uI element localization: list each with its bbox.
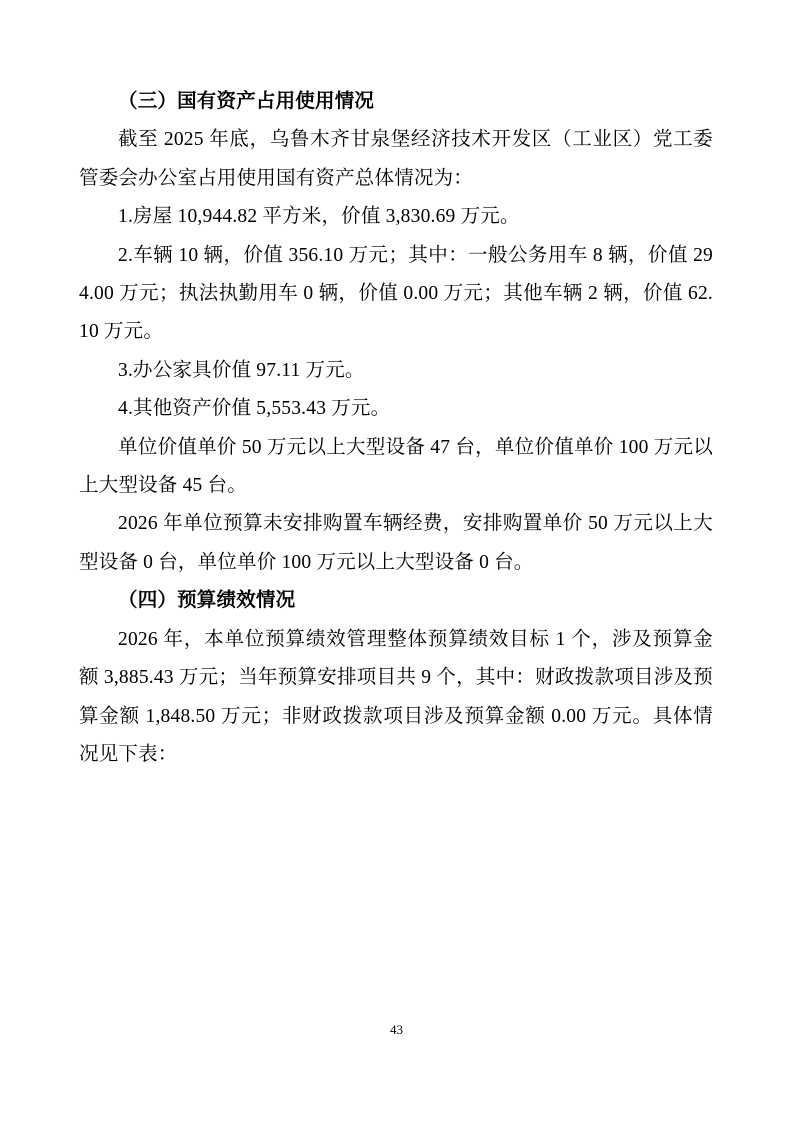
paragraph-item-2-vehicles: 2.车辆 10 辆，价值 356.10 万元；其中：一般公务用车 8 辆，价值 … <box>79 237 713 352</box>
paragraph-large-equipment: 单位价值单价 50 万元以上大型设备 47 台，单位价值单价 100 万元以上大… <box>79 429 713 506</box>
section-heading-budget-performance: （四）预算绩效情况 <box>79 582 713 620</box>
paragraph-2026-procurement-plan: 2026 年单位预算未安排购置车辆经费，安排购置单价 50 万元以上大型设备 0… <box>79 505 713 582</box>
document-body: （三）国有资产占用使用情况 截至 2025 年底，乌鲁木齐甘泉堡经济技术开发区（… <box>79 83 713 774</box>
paragraph-assets-overview: 截至 2025 年底，乌鲁木齐甘泉堡经济技术开发区（工业区）党工委管委会办公室占… <box>79 121 713 198</box>
paragraph-item-1-housing: 1.房屋 10,944.82 平方米，价值 3,830.69 万元。 <box>79 198 713 236</box>
page-number: 43 <box>0 1022 793 1038</box>
document-page: （三）国有资产占用使用情况 截至 2025 年底，乌鲁木齐甘泉堡经济技术开发区（… <box>0 0 793 1122</box>
paragraph-item-4-other-assets: 4.其他资产价值 5,553.43 万元。 <box>79 390 713 428</box>
paragraph-budget-performance-overview: 2026 年，本单位预算绩效管理整体预算绩效目标 1 个，涉及预算金额 3,88… <box>79 621 713 775</box>
paragraph-item-3-office-furniture: 3.办公家具价值 97.11 万元。 <box>79 352 713 390</box>
section-heading-state-assets: （三）国有资产占用使用情况 <box>79 83 713 121</box>
